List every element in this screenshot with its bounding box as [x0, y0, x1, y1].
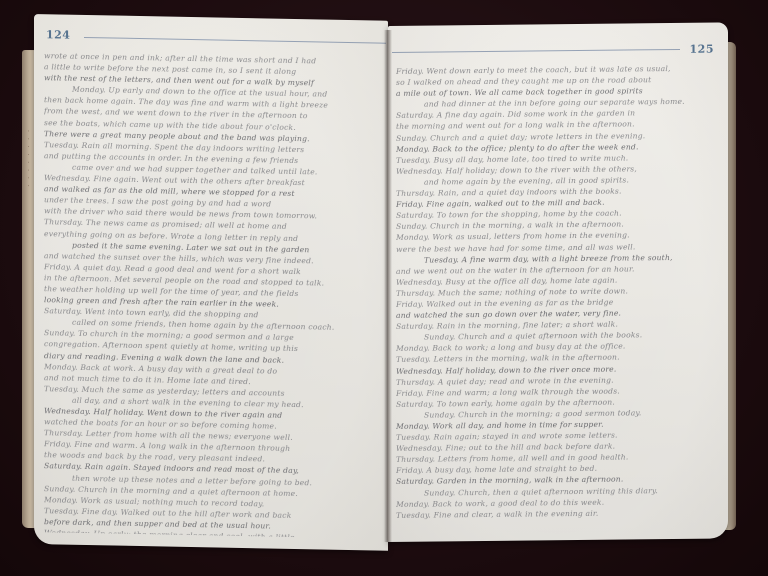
right-page: 125 Friday. Went down early to meet the … [388, 22, 728, 542]
notebook-gutter [384, 30, 392, 542]
left-page: 124 wrote at once in pen and ink; after … [34, 14, 388, 551]
right-header-rule [392, 49, 680, 53]
right-page-number: 125 [690, 43, 714, 56]
right-page-handwriting: Friday. Went down early to meet the coac… [396, 63, 718, 522]
left-page-number: 124 [46, 28, 70, 41]
left-page-handwriting: wrote at once in pen and ink; after all … [44, 50, 380, 538]
left-header-rule [84, 37, 386, 44]
page-edge-markings: · · · · · · · · [24, 130, 32, 189]
dark-table-surface: · · · · · · · · 124 wrote at once in pen… [0, 0, 768, 576]
